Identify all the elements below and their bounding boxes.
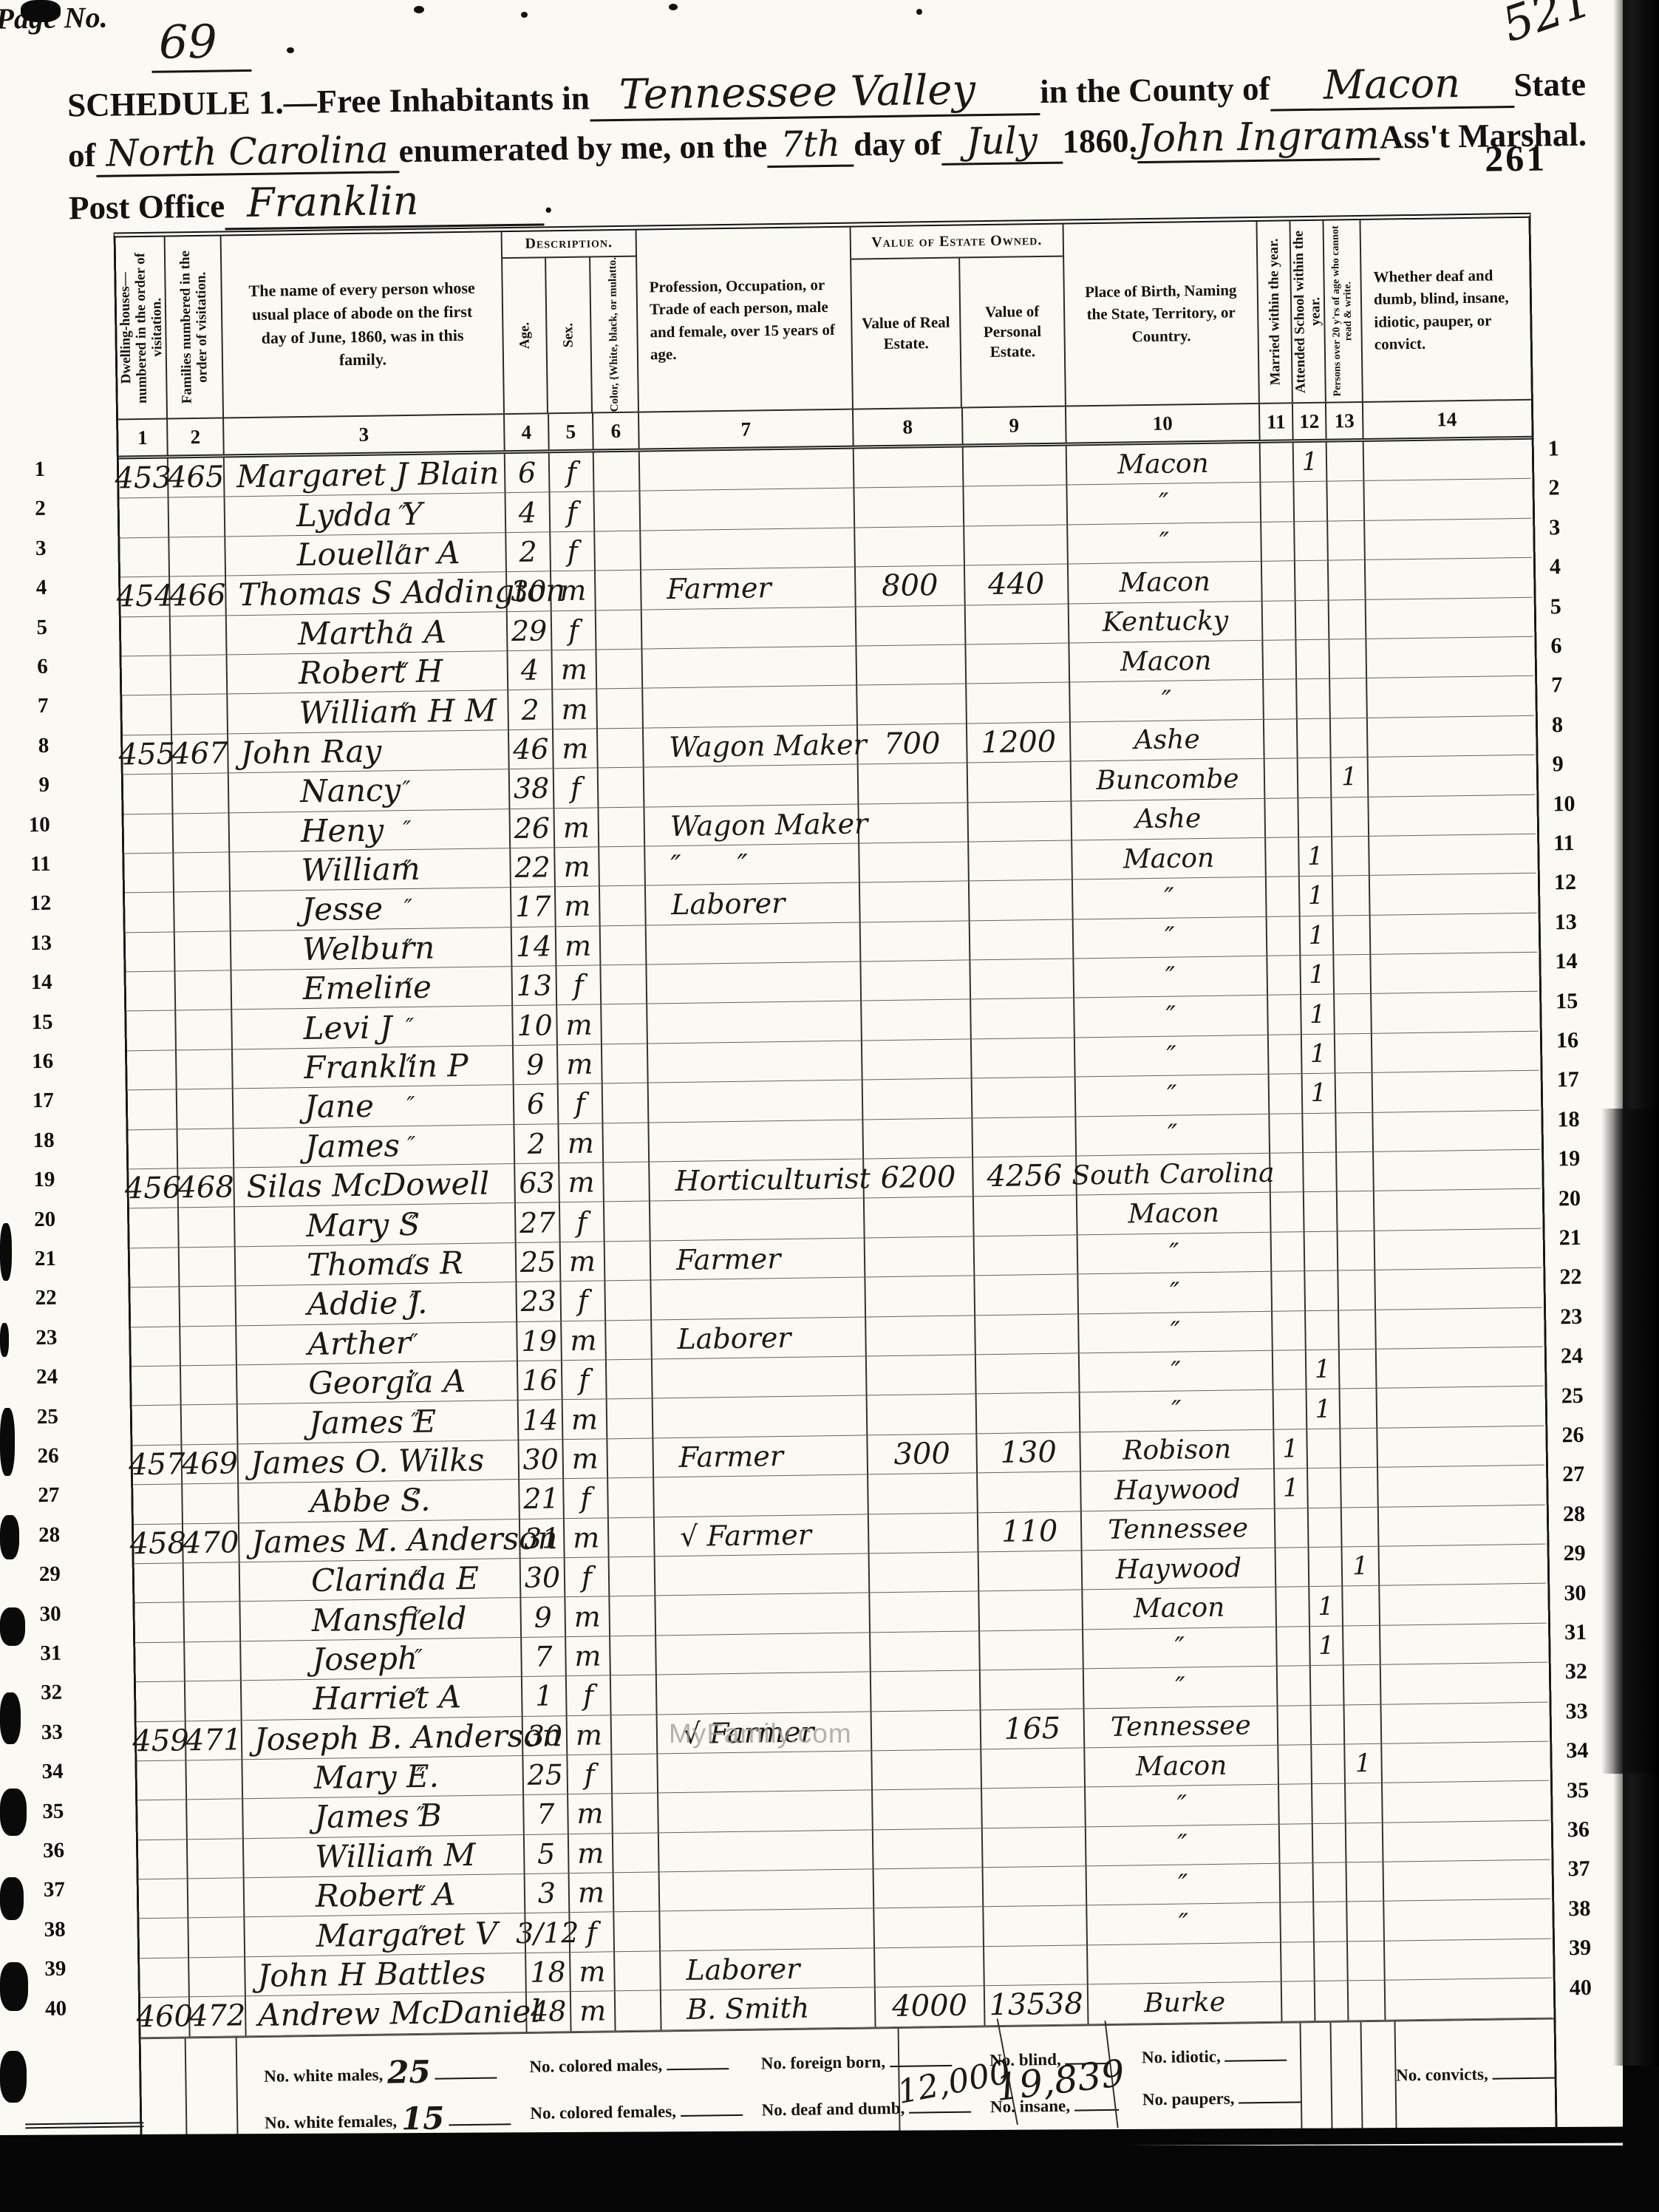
ditto-mark: ″: [410, 1332, 419, 1354]
division-value: Tennessee Valley: [589, 65, 1040, 122]
cell-dwelling-number: [128, 1129, 178, 1169]
cell-remarks: [1384, 1899, 1551, 1942]
cell-sex: f: [554, 769, 599, 809]
cell-married-tick: [1265, 758, 1299, 798]
column-number-7: 7: [639, 410, 854, 449]
cell-married-tick: 1: [1275, 1469, 1309, 1508]
cell-school-tick: [1305, 1271, 1339, 1311]
cell-occupation: [647, 962, 862, 1004]
ditto-mark: ″: [411, 1410, 420, 1432]
schedule-label: SCHEDULE 1.—Free Inhabitants in: [67, 79, 590, 125]
person-name: Joseph B. Anderson: [254, 1720, 562, 1755]
cell-school-tick: [1311, 1666, 1345, 1706]
scan-speckle: [414, 6, 424, 13]
cell-family-number: 468: [178, 1168, 235, 1208]
cell-color: [614, 1872, 661, 1912]
cell-occupation: [660, 1909, 875, 1951]
cell-read-tick: [1341, 1468, 1379, 1508]
cell-read-tick: [1329, 560, 1366, 600]
cell-birthplace: ″: [1074, 996, 1269, 1038]
scan-artifact: [0, 1962, 28, 2011]
row-number-left: 9: [16, 773, 50, 798]
cell-school-tick: [1296, 600, 1330, 640]
row-number-right: 2: [1548, 476, 1559, 501]
cell-color: [599, 846, 646, 886]
cell-birthplace: ″: [1076, 1114, 1270, 1156]
cell-family-number: [171, 655, 228, 695]
cell-occupation: [640, 489, 855, 531]
cell-read-tick: [1336, 1073, 1374, 1113]
cell-birthplace: Tennessee: [1082, 1508, 1276, 1551]
cell-school-tick: [1313, 1862, 1347, 1902]
cell-married-tick: [1267, 877, 1301, 916]
cell-personal-estate: [976, 1353, 1080, 1394]
row-number-left: 10: [16, 812, 50, 837]
cell-married-tick: [1264, 719, 1298, 759]
row-number-right: 39: [1569, 1936, 1591, 1961]
cell-name: William″: [230, 848, 511, 892]
row-number-left: 38: [31, 1917, 65, 1942]
cell-read-tick: [1346, 1862, 1384, 1902]
cell-sex: m: [557, 1005, 602, 1045]
table-body: 453465Margaret J Blain6fMacon1Lydda Y″4f…: [119, 440, 1554, 2038]
cell-birthplace: [1088, 1943, 1282, 1985]
col-header-age-label: Age.: [517, 322, 533, 350]
cell-age: 27: [516, 1203, 561, 1243]
cell-school-tick: [1312, 1705, 1346, 1745]
cell-age: 9: [521, 1597, 566, 1637]
cell-remarks: [1373, 1071, 1540, 1113]
cell-married-tick: [1273, 1350, 1307, 1390]
person-name: Andrew McDaniel: [258, 1996, 541, 2031]
cell-sex: m: [569, 1834, 614, 1874]
cell-married-tick: [1262, 561, 1296, 601]
cell-birthplace: Haywood: [1083, 1548, 1277, 1590]
column-number-6: 6: [593, 413, 640, 449]
cell-school-tick: [1306, 1310, 1340, 1350]
row-number-left: 18: [20, 1129, 54, 1154]
cell-occupation: [642, 646, 857, 688]
cell-remarks: [1364, 440, 1531, 482]
cell-remarks: [1372, 992, 1539, 1034]
cell-birthplace: Macon: [1077, 1193, 1272, 1235]
cell-remarks: [1369, 834, 1536, 877]
cell-family-number: [181, 1365, 238, 1405]
cell-family-number: [186, 1760, 243, 1800]
row-number-right: 38: [1568, 1896, 1590, 1922]
col-group-description: Description. Age. Sex. Color, {White, bl…: [503, 231, 639, 414]
cell-dwelling-number: [121, 616, 171, 656]
cell-age: 7: [524, 1794, 569, 1834]
cell-sex: f: [567, 1675, 612, 1715]
cell-family-number: 469: [182, 1444, 239, 1484]
cell-school-tick: 1: [1302, 1034, 1336, 1074]
cell-occupation: Laborer: [661, 1948, 876, 1990]
person-name: William M: [315, 1840, 476, 1873]
row-number-right: 5: [1550, 594, 1561, 619]
cell-color: [596, 610, 643, 650]
cell-name: William H M″: [228, 690, 509, 734]
cell-color: [607, 1399, 654, 1439]
cell-sex: f: [570, 1913, 615, 1953]
cell-color: [603, 1123, 650, 1163]
cell-real-estate: [868, 1395, 978, 1435]
cell-name: Martha A″: [227, 612, 508, 656]
cell-name: James O. Wilks: [238, 1440, 519, 1484]
cell-married-tick: [1267, 956, 1301, 996]
row-number-right: 6: [1550, 633, 1561, 659]
row-number-left: 5: [13, 615, 47, 640]
cell-sex: m: [559, 1163, 604, 1202]
cell-married-tick: [1278, 1706, 1312, 1746]
cell-dwelling-number: [130, 1287, 180, 1327]
colored-females-item: No. colored females,: [530, 2101, 743, 2123]
row-number-left: 33: [29, 1720, 63, 1745]
cell-real-estate: 4000: [876, 1987, 986, 2027]
cell-school-tick: 1: [1307, 1350, 1341, 1389]
col-header-families-label: Families numbered in the order of visita…: [177, 240, 211, 415]
cell-remarks: [1370, 874, 1537, 916]
cell-age: 9: [514, 1045, 559, 1085]
cell-age: 2: [514, 1124, 559, 1164]
person-name: James O. Wilks: [251, 1445, 485, 1479]
cell-read-tick: [1341, 1429, 1378, 1469]
cell-name: Silas McDowell: [234, 1164, 516, 1208]
cell-personal-estate: [964, 486, 1068, 526]
row-number-left: 26: [24, 1444, 58, 1469]
cell-read-tick: 1: [1343, 1547, 1380, 1587]
summary-col-colored: No. colored males, No. colored females,: [529, 2041, 743, 2137]
col-header-school: Attended School within the year.: [1290, 221, 1326, 403]
col-header-sex-label: Sex.: [561, 323, 577, 348]
cell-occupation: [656, 1633, 871, 1675]
cell-married-tick: 1: [1274, 1429, 1308, 1469]
ditto-mark: ″: [403, 897, 412, 919]
cell-name: Jesse″: [231, 888, 512, 931]
row-number-right: 10: [1553, 792, 1575, 817]
cell-read-tick: [1338, 1270, 1376, 1310]
cell-name: Addie J.″: [236, 1282, 517, 1326]
row-number-left: 12: [17, 891, 51, 916]
cell-read-tick: [1346, 1783, 1383, 1823]
cell-sex: m: [556, 887, 601, 927]
cell-real-estate: [872, 1710, 982, 1751]
cell-married-tick: [1269, 1035, 1303, 1075]
person-name: Clarinda E: [311, 1563, 480, 1596]
cell-name: Louellar A″: [225, 533, 507, 576]
row-number-left: 21: [22, 1247, 56, 1272]
cell-name: Thomas R″: [236, 1243, 517, 1287]
cell-birthplace: Macon: [1067, 443, 1261, 486]
cell-color: [614, 1912, 661, 1952]
cell-name: Robert H″: [228, 651, 509, 695]
col-header-birthplace: Place of Birth, Naming the State, Territ…: [1064, 222, 1260, 406]
cell-occupation: [648, 1041, 863, 1083]
row-number-right: 40: [1570, 1975, 1592, 2000]
cell-remarks: [1365, 519, 1532, 561]
cell-age: 29: [508, 611, 553, 651]
ditto-mark: ″: [410, 1371, 419, 1393]
row-number-right: 22: [1559, 1265, 1581, 1290]
cell-birthplace: ″: [1086, 1785, 1280, 1827]
cell-dwelling-number: [122, 695, 172, 735]
cell-age: 46: [509, 729, 554, 769]
cell-remarks: [1369, 794, 1536, 837]
cell-real-estate: [866, 1316, 976, 1356]
cell-age: 5: [525, 1834, 570, 1874]
cell-real-estate: 300: [868, 1434, 978, 1474]
person-name: Jesse: [302, 894, 383, 926]
row-number-left: 25: [24, 1404, 58, 1429]
cell-dwelling-number: [138, 1840, 188, 1879]
person-name: Margaret J Blain: [236, 457, 500, 492]
cell-color: [600, 886, 647, 926]
cell-real-estate: [874, 1908, 984, 1948]
cell-real-estate: [865, 1197, 975, 1238]
state-word: State: [1513, 65, 1586, 104]
cell-school-tick: [1312, 1744, 1346, 1784]
cell-family-number: [169, 497, 226, 537]
row-number-left: 6: [14, 655, 48, 680]
cell-dwelling-number: 453: [119, 459, 169, 499]
column-number-4: 4: [505, 414, 550, 450]
col-header-married: Married within the year.: [1257, 221, 1292, 403]
cell-married-tick: [1272, 1271, 1306, 1311]
row-number-left: 17: [20, 1089, 54, 1114]
cell-personal-estate: 1200: [967, 722, 1072, 763]
row-number-right: 36: [1567, 1817, 1590, 1842]
cell-school-tick: [1295, 521, 1329, 561]
col-header-color: Color, {White, black, or mulatto.: [590, 256, 638, 412]
cell-married-tick: [1268, 996, 1302, 1035]
cell-sex: m: [565, 1518, 610, 1558]
cell-read-tick: [1339, 1310, 1377, 1350]
ditto-mark: ″: [400, 622, 409, 644]
cell-family-number: [180, 1326, 237, 1366]
cell-dwelling-number: [126, 1011, 177, 1051]
cell-married-tick: [1271, 1193, 1305, 1233]
cell-school-tick: [1294, 482, 1328, 522]
cell-family-number: [188, 1839, 245, 1879]
cell-name: James M. Anderson: [239, 1520, 521, 1563]
cell-name: William M″: [244, 1835, 525, 1879]
cell-age: 7: [522, 1637, 567, 1677]
cell-married-tick: [1274, 1390, 1308, 1430]
cell-sex: f: [552, 610, 597, 650]
cell-birthplace: ″: [1086, 1824, 1281, 1866]
cell-school-tick: 1: [1303, 1074, 1337, 1114]
cell-occupation: [654, 1475, 869, 1517]
row-number-right: 35: [1567, 1777, 1589, 1803]
cell-personal-estate: [979, 1590, 1083, 1631]
cell-family-number: 467: [172, 734, 229, 774]
cell-school-tick: [1298, 797, 1332, 837]
cell-married-tick: [1278, 1666, 1312, 1706]
cell-name: Joseph″: [241, 1638, 522, 1681]
cell-age: 13: [512, 966, 557, 1006]
cell-dwelling-number: [130, 1248, 180, 1287]
col-header-condition: Whether deaf and dumb, blind, insane, id…: [1360, 218, 1529, 401]
cell-name: Robert A″: [245, 1874, 526, 1918]
cell-family-number: [177, 1129, 234, 1168]
cell-color: [597, 689, 644, 729]
cell-real-estate: [860, 882, 970, 922]
cell-married-tick: [1278, 1745, 1312, 1785]
cell-real-estate: [859, 842, 970, 882]
cell-birthplace: Macon: [1072, 838, 1267, 880]
cell-married-tick: [1270, 1153, 1304, 1193]
row-number-right: 26: [1561, 1423, 1584, 1448]
cell-color: [596, 650, 643, 690]
cell-read-tick: [1348, 1942, 1386, 1981]
cell-color: [604, 1202, 651, 1242]
cell-real-estate: [865, 1236, 975, 1277]
cell-age: 1: [522, 1676, 568, 1716]
cell-read-tick: [1332, 797, 1369, 837]
cell-family-number: [176, 1010, 233, 1050]
cell-personal-estate: [964, 446, 1068, 487]
row-number-left: 14: [18, 970, 52, 996]
row-number-right: 21: [1558, 1225, 1581, 1250]
column-number-14: 14: [1363, 401, 1530, 438]
summary-empty-school: [1332, 2022, 1363, 2131]
row-number-right: 16: [1556, 1028, 1578, 1053]
person-name: Franklin P: [304, 1050, 469, 1083]
cell-dwelling-number: [122, 656, 172, 695]
cell-dwelling-number: [131, 1327, 181, 1367]
column-number-11: 11: [1260, 404, 1294, 440]
col-header-name: The name of every person whose usual pla…: [222, 232, 505, 417]
person-name: Joseph: [312, 1643, 418, 1675]
col-header-dwelling: Dwelling-houses— numbered in the order o…: [116, 237, 168, 419]
cell-sex: f: [551, 492, 596, 532]
cell-personal-estate: [972, 1038, 1076, 1078]
cell-birthplace: ″: [1074, 956, 1268, 998]
cell-family-number: [185, 1681, 242, 1721]
cell-occupation: Laborer: [652, 1317, 867, 1359]
cell-occupation: [647, 922, 862, 964]
cell-personal-estate: [968, 762, 1072, 803]
col-header-dwelling-label: Dwelling-houses— numbered in the order o…: [116, 241, 166, 415]
column-number-8: 8: [854, 408, 964, 445]
cell-sex: m: [563, 1439, 608, 1479]
cell-age: 63: [515, 1163, 560, 1203]
cell-birthplace: ″: [1073, 877, 1267, 919]
cell-remarks: [1380, 1545, 1547, 1587]
ditto-mark: ″: [416, 1766, 425, 1788]
person-name: Arther: [307, 1327, 411, 1360]
cell-personal-estate: 13538: [985, 1985, 1089, 2026]
cell-family-number: [171, 616, 228, 656]
cell-remarks: [1382, 1702, 1549, 1744]
cell-name: Franklin P″: [233, 1046, 514, 1089]
cell-occupation: [658, 1751, 873, 1793]
cell-remarks: [1368, 715, 1535, 758]
col-header-color-label: Color, {White, black, or mulatto.: [607, 257, 621, 412]
description-subcolumns: Age. Sex. Color, {White, black, or mulat…: [503, 256, 638, 413]
cell-real-estate: 700: [858, 724, 968, 764]
cell-sex: f: [561, 1282, 606, 1321]
cell-name: Heny″: [230, 809, 511, 853]
cell-sex: m: [570, 1952, 616, 1992]
row-number-right: 18: [1557, 1107, 1579, 1132]
ditto-mark: ″: [404, 937, 413, 959]
cell-sex: m: [571, 1992, 616, 2032]
person-name: Jane: [304, 1091, 374, 1123]
ditto-mark: ″: [409, 1292, 418, 1314]
cell-color: [606, 1320, 653, 1360]
cell-married-tick: [1281, 1903, 1315, 1943]
cell-color: [601, 965, 647, 1005]
white-males-item: No. white males,25: [264, 2049, 511, 2089]
cell-remarks: [1374, 1150, 1541, 1192]
cell-name: Arther″: [236, 1322, 518, 1366]
cell-color: [594, 452, 641, 492]
cell-real-estate: [854, 487, 964, 528]
column-number-9: 9: [963, 407, 1067, 444]
cell-personal-estate: [980, 1630, 1084, 1670]
cell-personal-estate: [967, 683, 1071, 724]
cell-personal-estate: 165: [981, 1709, 1086, 1749]
cell-color: [607, 1359, 653, 1399]
county-label: in the County of: [1040, 69, 1270, 111]
row-number-right: 23: [1560, 1304, 1582, 1330]
cell-school-tick: [1309, 1547, 1343, 1587]
cell-married-tick: [1265, 798, 1299, 838]
post-office-period: .: [544, 182, 553, 220]
cell-name: Lydda Y″: [225, 494, 507, 537]
ditto-mark: ″: [408, 1214, 417, 1236]
scan-artifact: [0, 1877, 24, 1920]
cell-family-number: [175, 931, 232, 971]
cell-family-number: [188, 1878, 245, 1918]
cell-dwelling-number: [127, 1050, 177, 1090]
cell-personal-estate: [981, 1748, 1086, 1789]
ditto-mark: ″: [407, 1134, 416, 1157]
cell-dwelling-number: [120, 498, 170, 538]
cell-birthplace: Burke: [1089, 1982, 1283, 2024]
cell-school-tick: [1297, 679, 1331, 719]
cell-read-tick: [1332, 837, 1370, 877]
row-number-right: 7: [1551, 673, 1562, 698]
cell-family-number: [180, 1247, 236, 1287]
ditto-mark: ″: [414, 1607, 423, 1630]
cell-birthplace: ″: [1078, 1233, 1273, 1275]
cell-dwelling-number: [123, 775, 174, 814]
col-header-cannot-read: Persons over 20 y'rs of age who cannot r…: [1324, 220, 1363, 402]
row-number-right: 34: [1566, 1738, 1588, 1763]
cell-color: [605, 1281, 652, 1321]
cell-personal-estate: [981, 1669, 1085, 1709]
cell-personal-estate: [984, 1945, 1089, 1986]
cell-name: Andrew McDaniel: [246, 1992, 528, 2036]
cell-dwelling-number: [124, 814, 174, 854]
cell-real-estate: [859, 763, 969, 804]
scan-artifact: [0, 1692, 21, 1744]
scan-artifact: [0, 1223, 12, 1281]
cell-school-tick: [1313, 1823, 1347, 1863]
cell-married-tick: [1282, 1981, 1316, 2021]
cell-family-number: [177, 1049, 234, 1089]
column-number-2: 2: [168, 418, 225, 455]
person-name: John Ray: [240, 735, 382, 769]
cell-color: [594, 491, 641, 531]
cell-occupation: [641, 528, 856, 570]
cell-dwelling-number: [132, 1406, 183, 1446]
row-number-left: 2: [12, 497, 46, 522]
cell-birthplace: Haywood: [1081, 1469, 1275, 1511]
cell-personal-estate: [970, 959, 1074, 1000]
